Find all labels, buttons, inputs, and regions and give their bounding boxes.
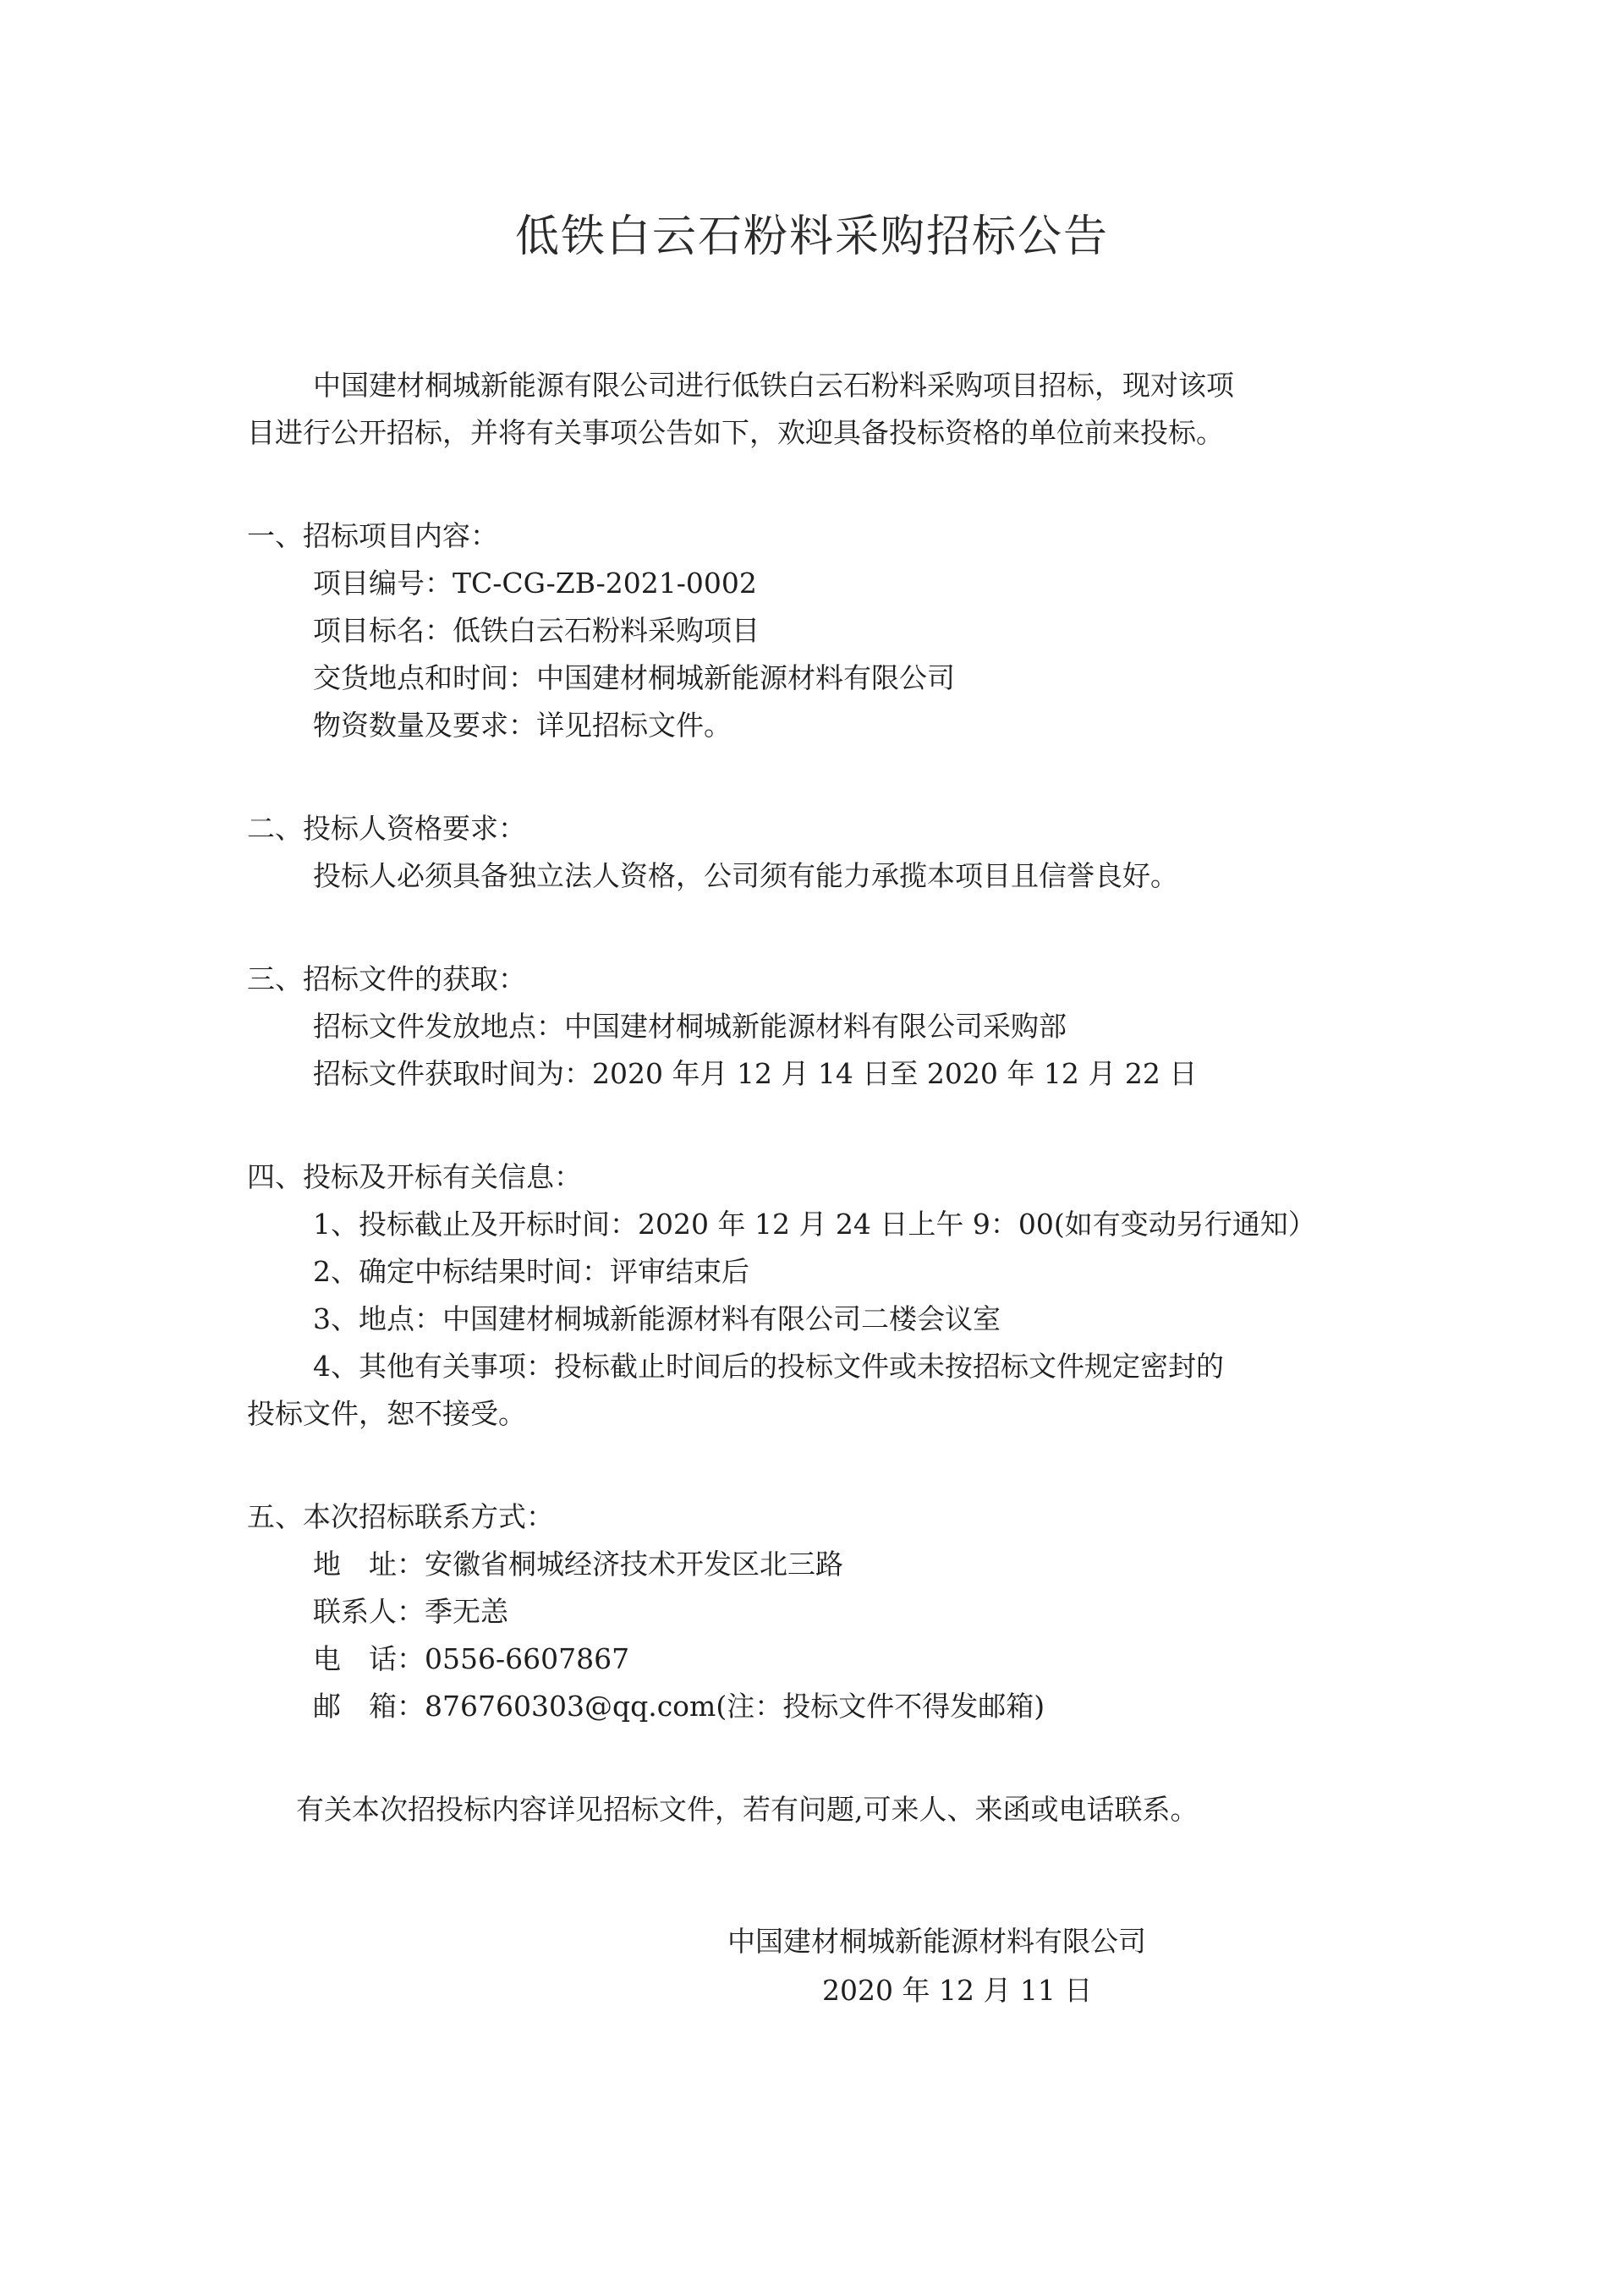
section-heading-5: 五、本次招标联系方式： (247, 1499, 554, 1536)
section-heading-3: 三、招标文件的获取： (247, 961, 526, 998)
section-2-item-qualification: 投标人必须具备独立法人资格，公司须有能力承揽本项目且信誉良好。 (313, 858, 1178, 895)
document-title: 低铁白云石粉料采购招标公告 (0, 210, 1624, 264)
section-4-item-result: 2、确定中标结果时间：评审结束后 (313, 1253, 749, 1290)
section-1-item-project-name: 项目标名：低铁白云石粉料采购项目 (313, 612, 760, 649)
contact-phone: 电 话：0556-6607867 (313, 1641, 629, 1678)
section-4-item-venue: 3、地点：中国建材桐城新能源材料有限公司二楼会议室 (313, 1301, 1001, 1338)
section-heading-2: 二、投标人资格要求： (247, 810, 526, 847)
intro-line-2: 目进行公开招标，并将有关事项公告如下，欢迎具备投标资格的单位前来投标。 (247, 414, 1224, 452)
contact-address: 地 址：安徽省桐城经济技术开发区北三路 (313, 1546, 843, 1583)
section-4-item-other-continued: 投标文件，恕不接受。 (247, 1395, 526, 1433)
contact-person: 联系人：季无恙 (313, 1593, 508, 1630)
section-1-item-quantity: 物资数量及要求：详见招标文件。 (313, 707, 732, 744)
signature-date: 2020 年 12 月 11 日 (822, 1972, 1092, 2009)
section-heading-4: 四、投标及开标有关信息： (247, 1159, 582, 1196)
closing-note: 有关本次招投标内容详见招标文件，若有问题,可来人、来函或电话联系。 (296, 1791, 1199, 1828)
section-3-item-location: 招标文件发放地点：中国建材桐城新能源材料有限公司采购部 (313, 1008, 1067, 1045)
section-1-item-delivery: 交货地点和时间：中国建材桐城新能源材料有限公司 (313, 660, 955, 697)
section-3-item-time: 招标文件获取时间为：2020 年月 12 月 14 日至 2020 年 12 月… (313, 1055, 1197, 1093)
section-4-item-deadline: 1、投标截止及开标时间：2020 年 12 月 24 日上午 9：00(如有变动… (313, 1206, 1316, 1243)
document-page: 低铁白云石粉料采购招标公告 中国建材桐城新能源有限公司进行低铁白云石粉料采购项目… (0, 0, 1624, 2296)
intro-line-1: 中国建材桐城新能源有限公司进行低铁白云石粉料采购项目招标，现对该项 (313, 367, 1234, 404)
contact-email: 邮 箱：876760303@qq.com(注：投标文件不得发邮箱) (313, 1688, 1045, 1725)
section-1-item-project-number: 项目编号：TC-CG-ZB-2021-0002 (313, 565, 757, 602)
signature-company: 中国建材桐城新能源材料有限公司 (727, 1923, 1146, 1960)
section-4-item-other: 4、其他有关事项：投标截止时间后的投标文件或未按招标文件规定密封的 (313, 1348, 1224, 1385)
section-heading-1: 一、招标项目内容： (247, 518, 498, 555)
